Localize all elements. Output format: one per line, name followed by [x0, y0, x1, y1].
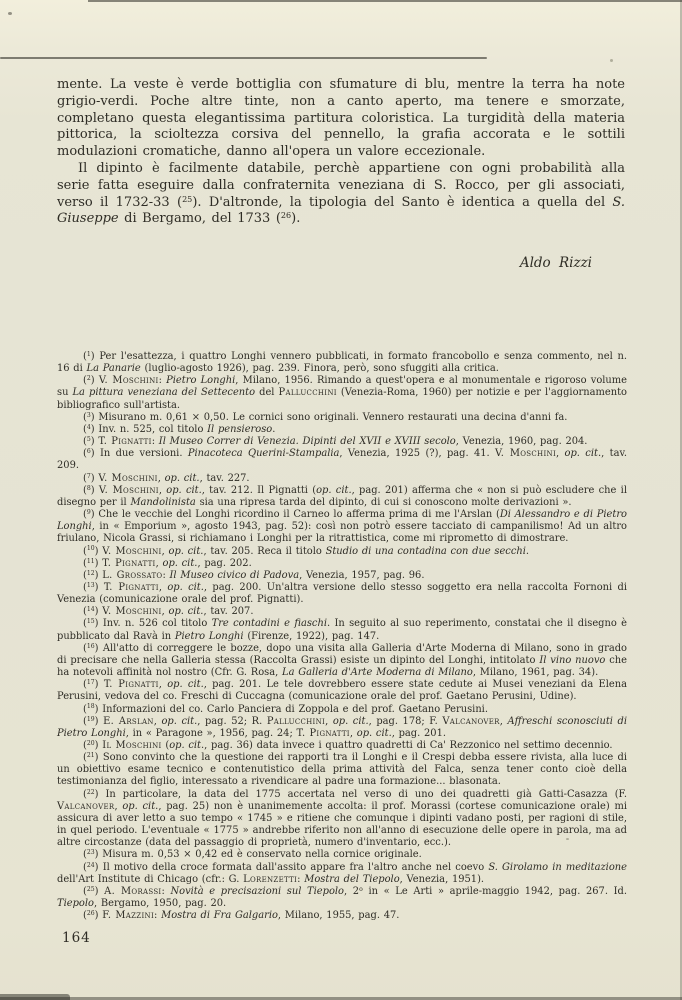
footnote-marker: (4): [83, 424, 95, 435]
footnote-marker: (11): [83, 558, 99, 569]
footnote-marker: (24): [83, 862, 99, 873]
footnote-marker: (22): [83, 789, 99, 800]
footnote-marker: (8): [83, 485, 95, 496]
footnote-marker: (5): [83, 436, 95, 447]
scan-edge-top: [88, 0, 682, 2]
footnote-marker: (1): [83, 351, 95, 362]
footnote-marker: (17): [83, 679, 99, 690]
footnote: (6) In due versioni. Pinacoteca Querini-…: [57, 448, 627, 472]
page-number: 164: [62, 930, 91, 946]
footnote: (12) L. Grossato: Il Museo civico di Pad…: [57, 570, 627, 582]
footnote-marker: (12): [83, 570, 99, 581]
footnotes-section: (1) Per l'esattezza, i quattro Longhi ve…: [57, 351, 627, 922]
main-text-block: mente. La veste è verde bottiglia con sf…: [57, 77, 625, 271]
footnote: (18) Informazioni del co. Carlo Panciera…: [57, 704, 627, 716]
footnote-marker: (20): [83, 740, 99, 751]
footnote: (9) Che le vecchie del Longhi ricordino …: [57, 509, 627, 545]
author-signature: Aldo Rizzi: [57, 255, 592, 271]
footnote: (23) Misura m. 0,53 × 0,42 ed è conserva…: [57, 849, 627, 861]
footnote: (26) F. Mazzini: Mostra di Fra Galgario,…: [57, 910, 627, 922]
footnote: (3) Misurano m. 0,61 × 0,50. Le cornici …: [57, 412, 627, 424]
footnote: (2) V. Moschini: Pietro Longhi, Milano, …: [57, 375, 627, 411]
footnote-marker: (21): [83, 752, 99, 763]
footnote: (20) Il Moschini (op. cit., pag. 36) dat…: [57, 740, 627, 752]
footnote: (15) Inv. n. 526 col titolo Tre contadin…: [57, 618, 627, 642]
footnote: (1) Per l'esattezza, i quattro Longhi ve…: [57, 351, 627, 375]
scan-speck: [610, 59, 613, 62]
footnote: (8) V. Moschini, op. cit., tav. 212. Il …: [57, 485, 627, 509]
footnote-marker: (3): [83, 412, 95, 423]
footnote: (22) In particolare, la data del 1775 ac…: [57, 789, 627, 850]
footnote-marker: (18): [83, 704, 99, 715]
footnote: (11) T. Pignatti, op. cit., pag. 202.: [57, 558, 627, 570]
footnote-marker: (16): [83, 643, 99, 654]
book-page-scan: mente. La veste è verde bottiglia con sf…: [0, 0, 682, 1000]
footnote-marker: (14): [83, 606, 99, 617]
footnote-marker: (6): [83, 448, 95, 459]
footnote: (4) Inv. n. 525, col titolo Il pensieros…: [57, 424, 627, 436]
footnote-marker: (15): [83, 618, 99, 629]
footnote-marker: (26): [83, 910, 99, 921]
footnote-marker: (9): [83, 509, 95, 520]
footnote: (5) T. Pignatti: Il Museo Correr di Vene…: [57, 436, 627, 448]
body-paragraph-1: mente. La veste è verde bottiglia con sf…: [57, 77, 625, 161]
footnote-marker: (25): [83, 886, 99, 897]
author-signature-text: Aldo Rizzi: [520, 255, 592, 271]
body-paragraph-2: Il dipinto è facilmente databile, perchè…: [57, 161, 625, 228]
footnote-marker: (7): [83, 473, 95, 484]
footnote: (10) V. Moschini, op. cit., tav. 205. Re…: [57, 546, 627, 558]
footnote: (16) All'atto di correggere le bozze, do…: [57, 643, 627, 679]
footnote-marker: (10): [83, 546, 99, 557]
footnote: (17) T. Pignatti, op. cit., pag. 201. Le…: [57, 679, 627, 703]
footnote: (25) A. Morassi: Novità e precisazioni s…: [57, 886, 627, 910]
footnote-marker: (19): [83, 716, 99, 727]
scan-corner-bottom-left: [0, 994, 70, 1000]
footnote: (19) E. Arslan, op. cit., pag. 52; R. Pa…: [57, 716, 627, 740]
footnote: (14) V. Moschini, op. cit., tav. 207.: [57, 606, 627, 618]
footnote: (24) Il motivo della croce formata dall'…: [57, 862, 627, 886]
footnote-marker: (13): [83, 582, 99, 593]
footnote: (13) T. Pignatti, op. cit., pag. 200. Un…: [57, 582, 627, 606]
footnote: (7) V. Moschini, op. cit., tav. 227.: [57, 473, 627, 485]
scan-speck: [8, 12, 12, 15]
footnote-marker: (23): [83, 849, 99, 860]
footnote: (21) Sono convinto che la questione dei …: [57, 752, 627, 788]
scan-page-fold-line: [0, 57, 487, 59]
footnote-marker: (2): [83, 375, 95, 386]
